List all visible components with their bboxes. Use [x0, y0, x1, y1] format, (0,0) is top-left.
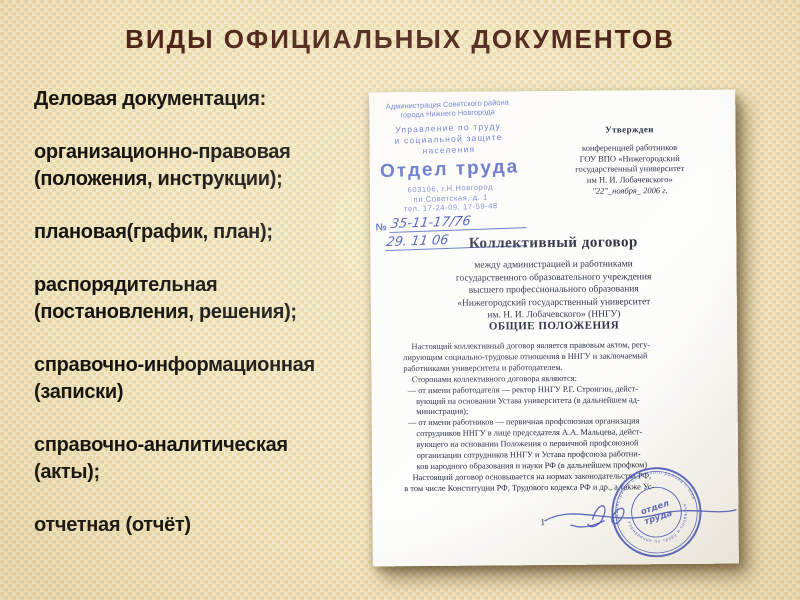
- presentation-slide: ВИДЫ ОФИЦИАЛЬНЫХ ДОКУМЕНТОВ Деловая доку…: [0, 0, 800, 600]
- list-item: распорядительная (постановления, решения…: [34, 272, 364, 326]
- section-heading: ОБЩИЕ ПОЛОЖЕНИЯ: [371, 319, 737, 334]
- contract-title: Коллективный договор: [370, 234, 736, 254]
- approval-lines: конференцией работников ГОУ ВПО «Нижегор…: [566, 142, 694, 185]
- scanned-document-image: Администрация Советского района города Н…: [369, 90, 739, 567]
- approval-date: "22"_ноября_ 2006 г.: [566, 185, 694, 196]
- document-types-list: Деловая документация: организационно-пра…: [34, 86, 364, 539]
- list-item: плановая(график, план);: [34, 219, 364, 246]
- contract-subtitle: между администрацией и работниками госуд…: [370, 258, 736, 323]
- handwritten-number: 35-11-17/76: [390, 213, 529, 233]
- stamp-org-lines: Администрация Советского района города Н…: [371, 97, 524, 120]
- stamp-address-lines: 603106, г.Н.Новгород пл.Советская, д. 1 …: [374, 181, 527, 215]
- corner-stamp: Администрация Советского района города Н…: [371, 97, 528, 251]
- list-item: организационно-правовая (положения, инст…: [34, 139, 364, 193]
- number-label: №: [375, 222, 387, 233]
- list-item: отчетная (отчёт): [34, 512, 364, 539]
- slide-title: ВИДЫ ОФИЦИАЛЬНЫХ ДОКУМЕНТОВ: [0, 24, 800, 55]
- list-item: справочно-информационная (записки): [34, 352, 364, 406]
- stamp-number-row: № 35-11-17/76: [375, 213, 527, 233]
- approval-block: Утвержден конференцией работников ГОУ ВП…: [565, 124, 694, 196]
- approved-label: Утвержден: [565, 124, 693, 135]
- stamp-title: Отдел труда: [373, 156, 526, 183]
- stamp-dept-lines: Управление по труду и социальной защите …: [372, 120, 525, 158]
- list-item: справочно-аналитическая (акты);: [34, 432, 364, 486]
- list-header: Деловая документация:: [34, 86, 364, 113]
